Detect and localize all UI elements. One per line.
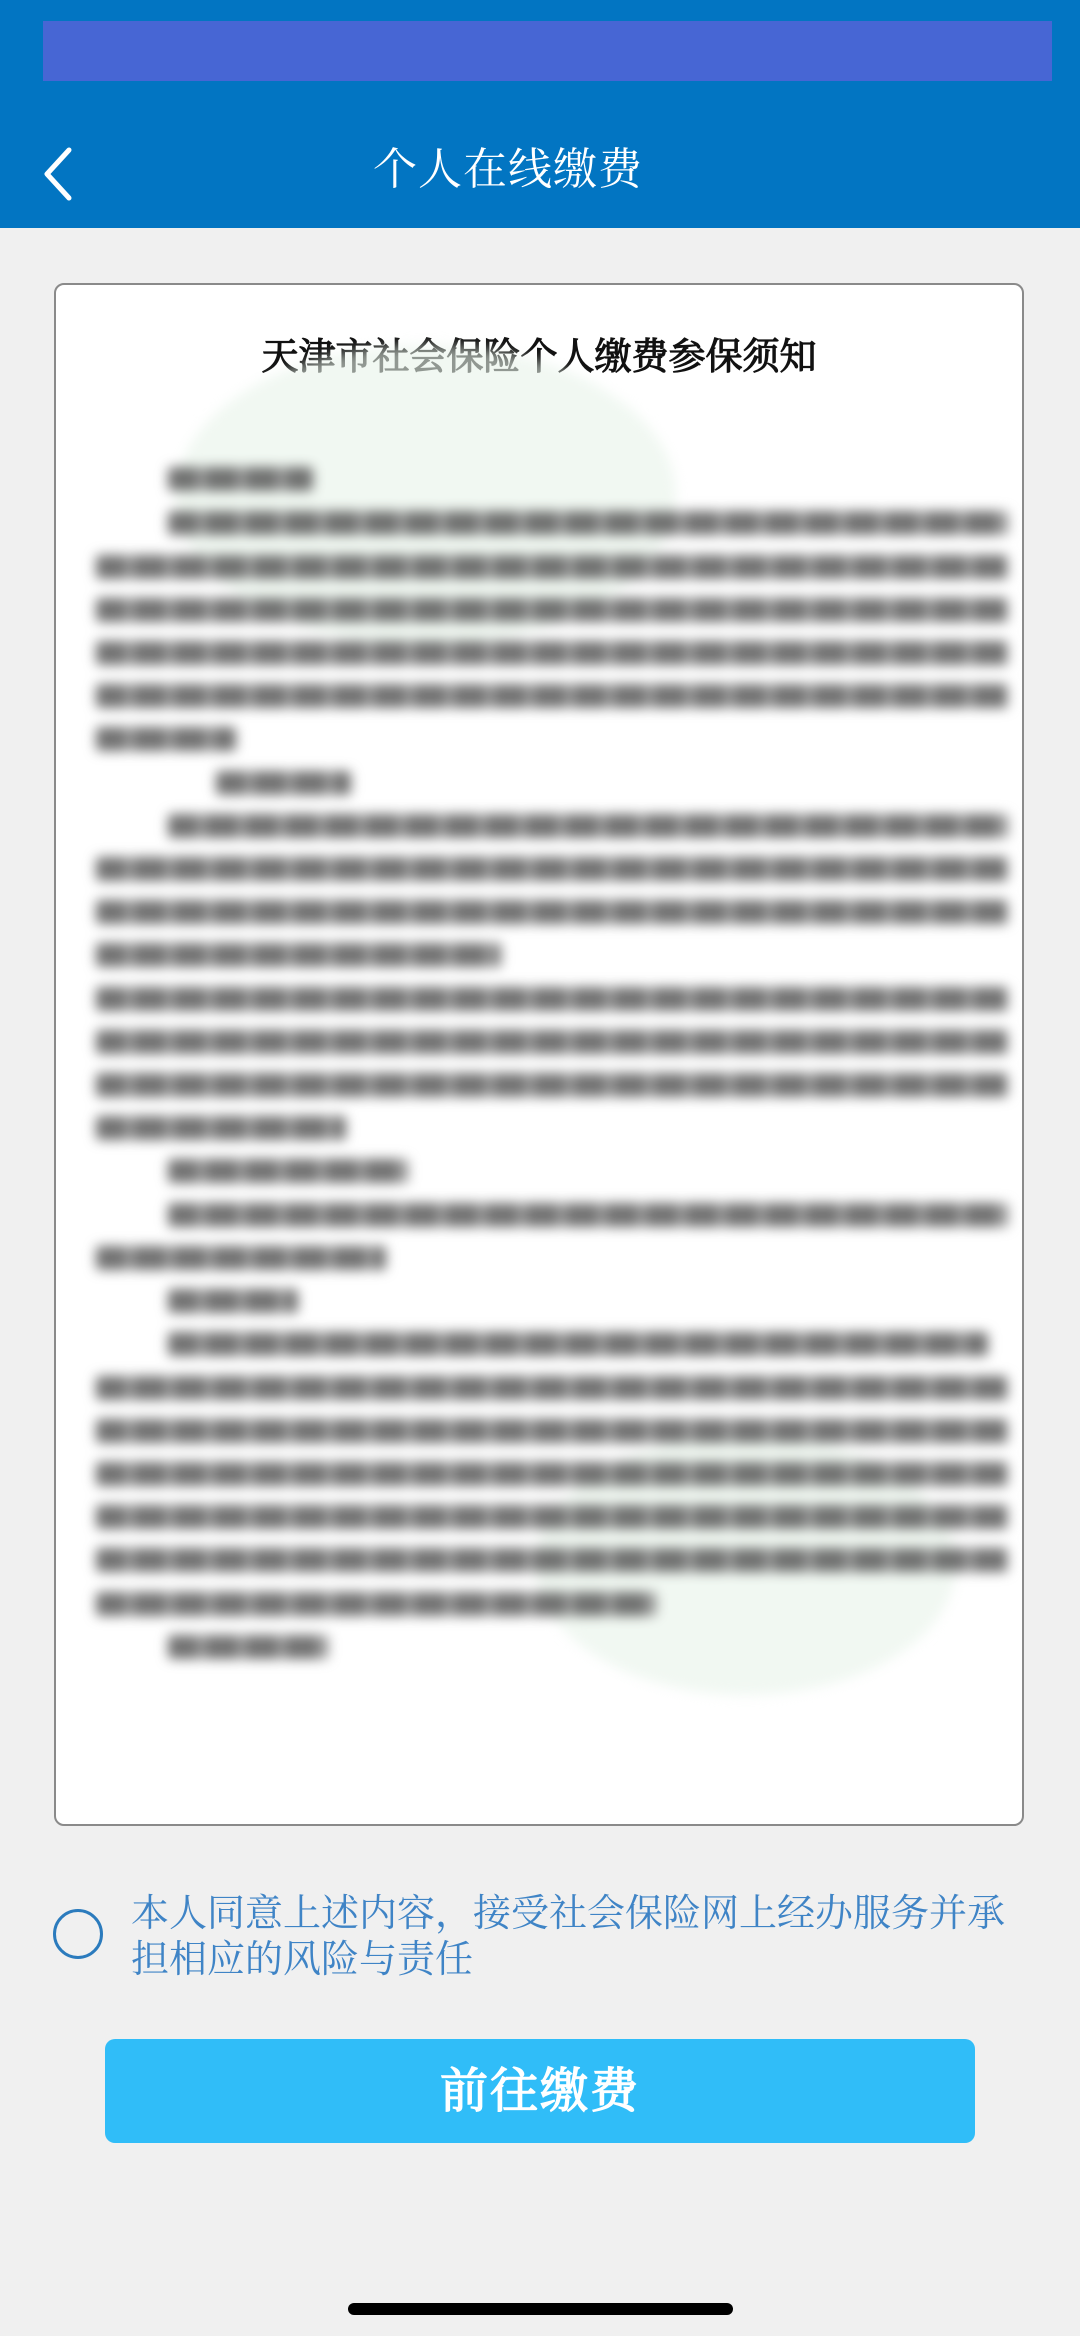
page-title: 个人在线缴费 [0,140,1016,200]
notice-card[interactable]: 天津市社会保险个人缴费参保须知 [54,283,1024,1826]
blurred-text-line [168,1203,1008,1227]
blurred-text-line [168,1332,988,1356]
blurred-text-line [96,1548,1008,1572]
go-pay-button[interactable]: 前往缴费 [105,2039,975,2143]
blurred-text-line [96,1376,1008,1400]
blurred-text-line [96,598,1008,622]
blurred-text-line [96,1592,656,1616]
blurred-text-line [96,1073,1008,1097]
blurred-text-line [168,1289,298,1313]
blurred-text-line [168,1635,328,1659]
blurred-text-line [96,555,1008,579]
blurred-text-line [96,1462,1008,1486]
blurred-text-line [96,987,1008,1011]
blurred-text-line [96,727,236,751]
blurred-text-line [168,467,313,491]
blurred-text-line [96,1116,346,1140]
blurred-text-line [96,641,1008,665]
blurred-text-line [96,1030,1008,1054]
blurred-text-line [216,771,351,795]
blurred-text-line [96,1505,1008,1529]
redacted-status-bar [43,21,1052,81]
blurred-text-line [96,1419,1008,1443]
blurred-text-line [96,943,501,967]
app-header: 个人在线缴费 [0,0,1080,228]
home-indicator [348,2303,733,2315]
notice-body-blurred [56,285,1022,1824]
blurred-text-line [96,900,1008,924]
blurred-text-line [96,857,1008,881]
blurred-text-line [168,1159,408,1183]
blurred-text-line [96,684,1008,708]
blurred-text-line [168,511,1008,535]
agreement-row: 本人同意上述内容，接受社会保险网上经办服务并承担相应的风险与责任 [53,1890,1033,1990]
agreement-text[interactable]: 本人同意上述内容，接受社会保险网上经办服务并承担相应的风险与责任 [131,1890,1031,1982]
blurred-text-line [96,1246,386,1270]
agreement-radio[interactable] [53,1909,103,1959]
blurred-text-line [168,814,1008,838]
